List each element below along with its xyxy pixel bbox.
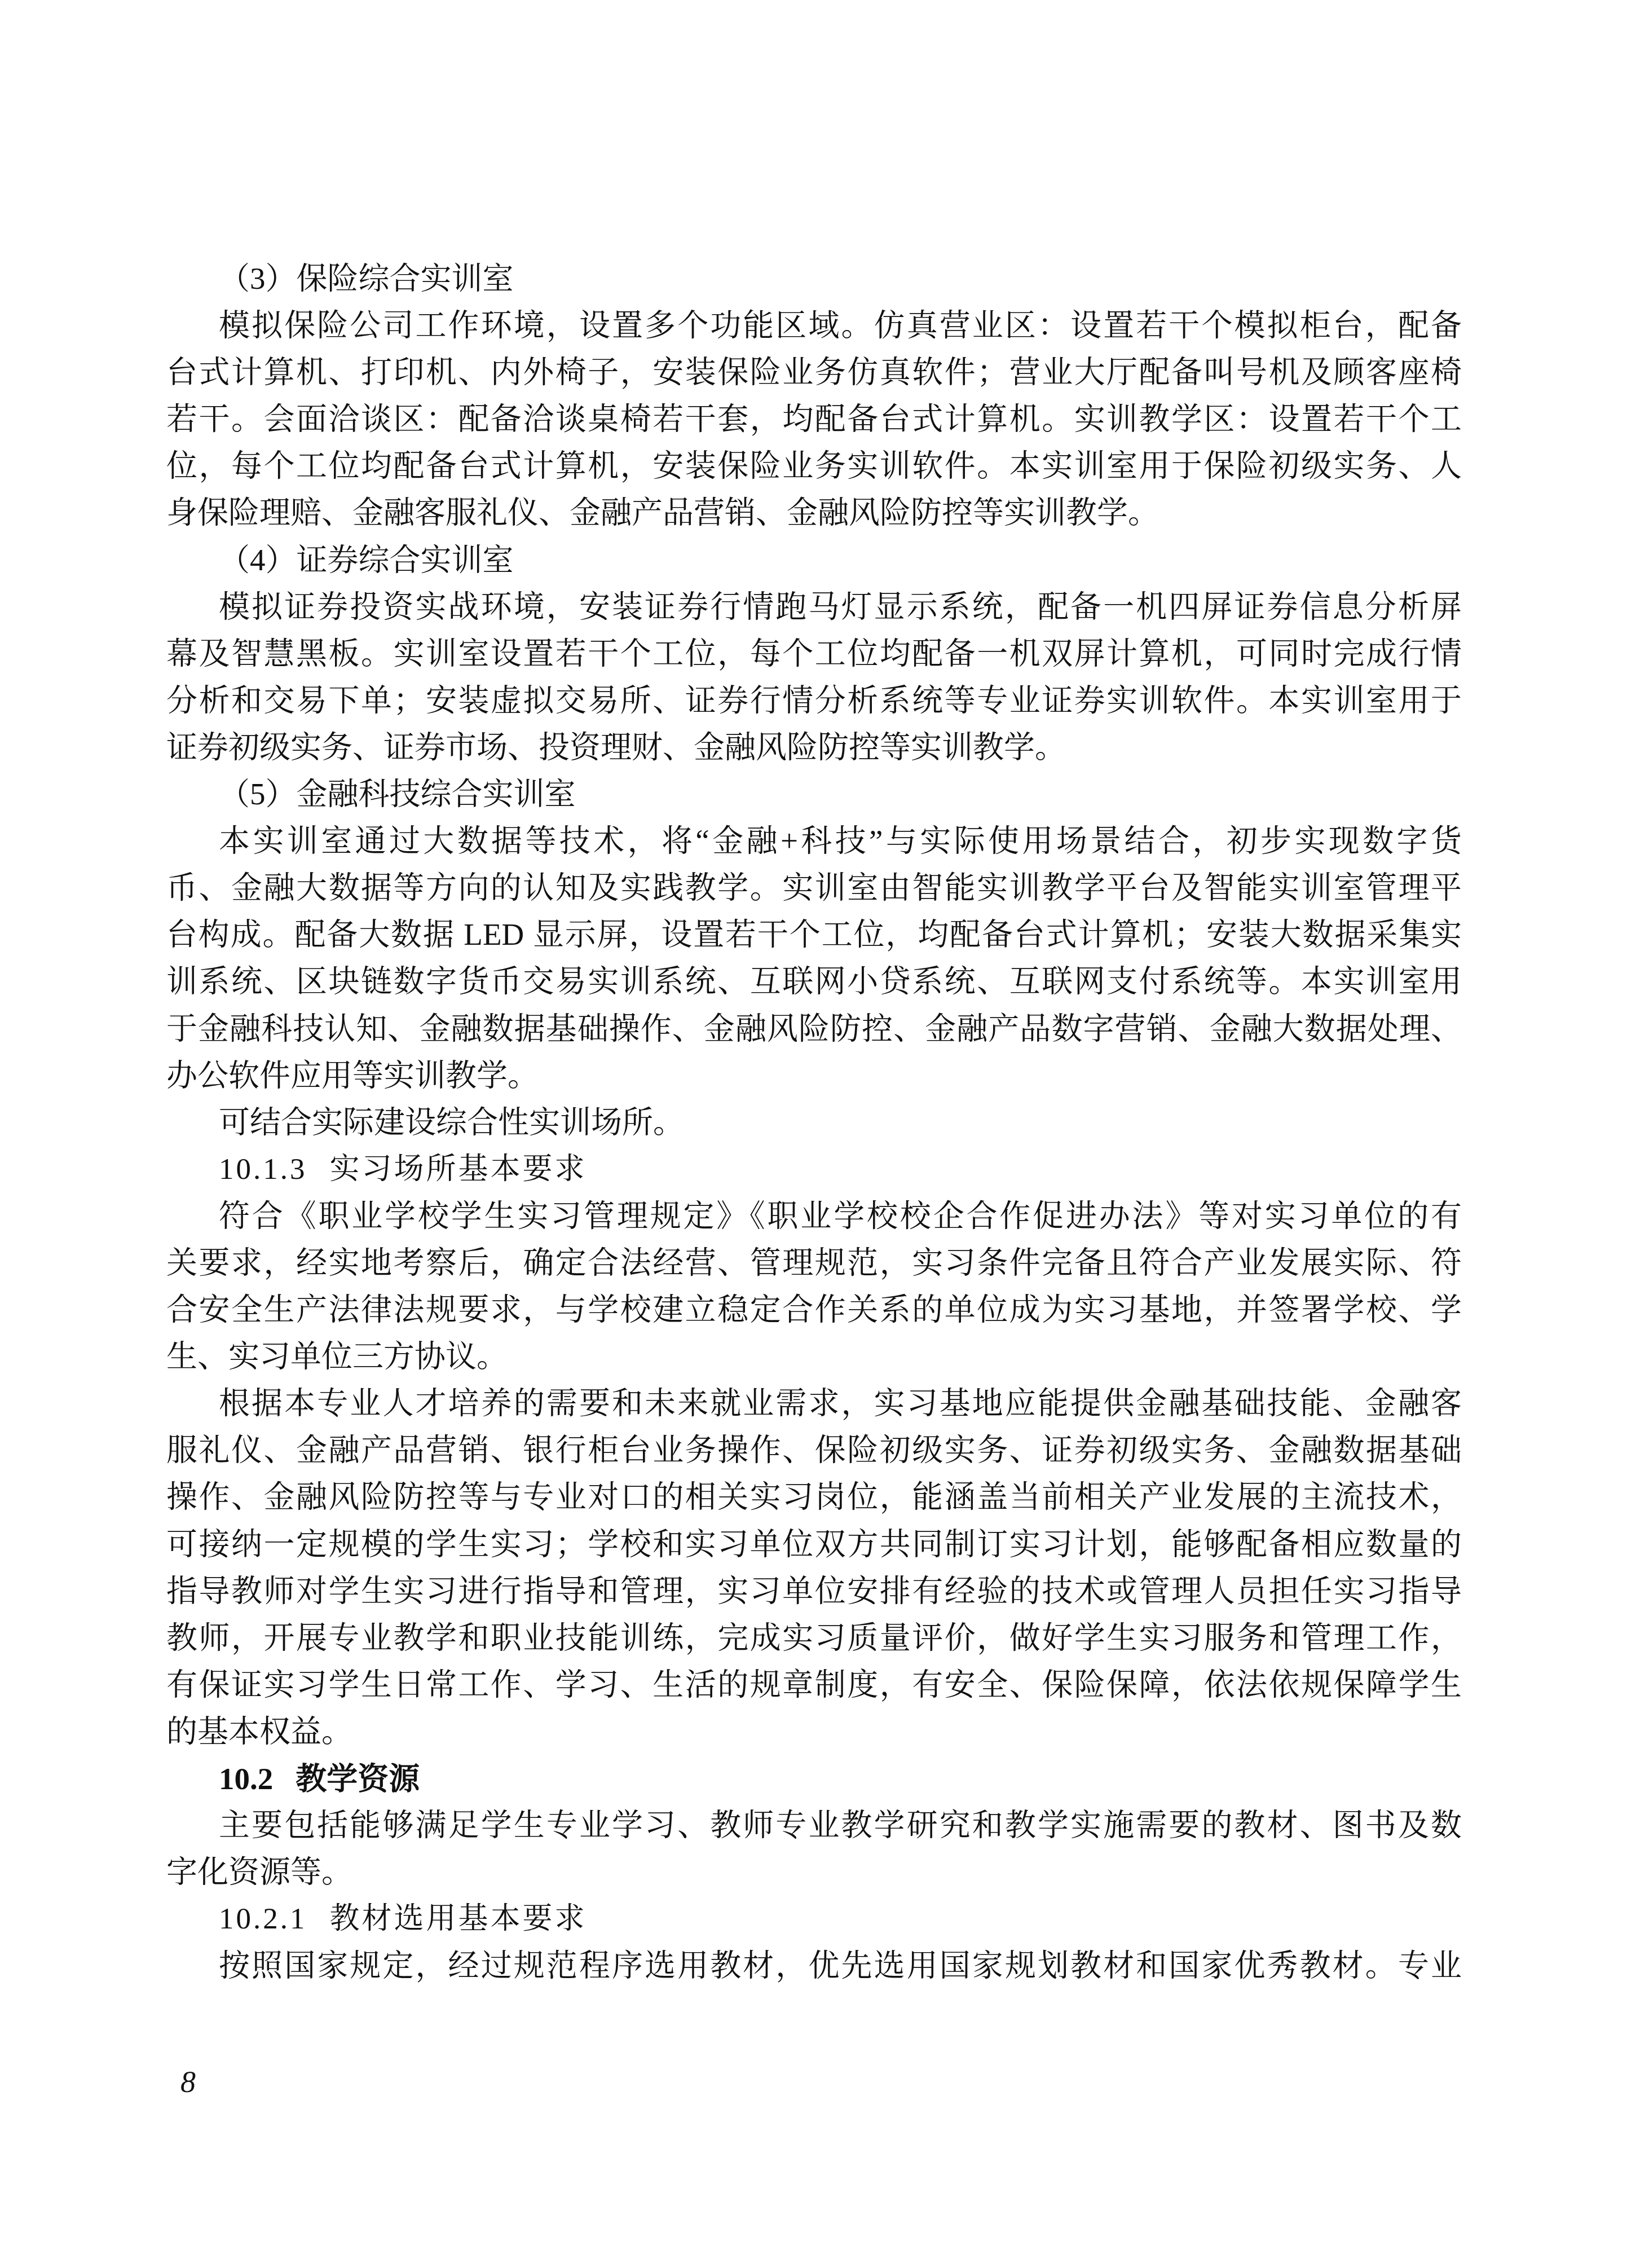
paragraph-line: 生、实习单位三方协议。 (166, 1336, 1462, 1383)
paragraph-line: 有保证实习学生日常工作、学习、生活的规章制度，有安全、保险保障，依法依规保障学生 (166, 1664, 1462, 1711)
section-heading-10-1-3: 10.1.3实习场所基本要求 (166, 1149, 1462, 1196)
paragraph-line: 模拟证券投资实战环境，安装证券行情跑马灯显示系统，配备一机四屏证券信息分析屏 (166, 587, 1462, 633)
paragraph-line: 操作、金融风险防控等与专业对口的相关实习岗位，能涵盖当前相关产业发展的主流技术， (166, 1477, 1462, 1523)
paragraph-line: 台式计算机、打印机、内外椅子，安装保险业务仿真软件；营业大厅配备叫号机及顾客座椅 (166, 352, 1462, 399)
document-page: （3）保险综合实训室 模拟保险公司工作环境，设置多个功能区域。仿真营业区：设置若… (166, 258, 1462, 1992)
page-number: 8 (180, 2064, 196, 2099)
section-number: 10.1.3 (219, 1153, 307, 1186)
paragraph-line: 可接纳一定规模的学生实习；学校和实习单位双方共同制订实习计划，能够配备相应数量的 (166, 1524, 1462, 1571)
paragraph-line: 关要求，经实地考察后，确定合法经营、管理规范，实习条件完备且符合产业发展实际、符 (166, 1243, 1462, 1289)
section-title: 教材选用基本要求 (330, 1903, 587, 1935)
paragraph-line: 符合《职业学校学生实习管理规定》《职业学校校企合作促进办法》等对实习单位的有 (166, 1196, 1462, 1243)
subheading-securities-lab: （4）证券综合实训室 (166, 540, 1462, 587)
paragraph-line: 证券初级实务、证券市场、投资理财、金融风险防控等实训教学。 (166, 727, 1462, 774)
paragraph-line: 训系统、区块链数字货币交易实训系统、互联网小贷系统、互联网支付系统等。本实训室用 (166, 961, 1462, 1008)
subheading-insurance-lab: （3）保险综合实训室 (166, 258, 1462, 305)
paragraph-line: 办公软件应用等实训教学。 (166, 1055, 1462, 1102)
section-heading-10-2-1: 10.2.1教材选用基本要求 (166, 1899, 1462, 1945)
paragraph-line: 按照国家规定，经过规范程序选用教材，优先选用国家规划教材和国家优秀教材。专业 (166, 1945, 1462, 1992)
section-number: 10.2 (219, 1761, 273, 1796)
paragraph-line: 合安全生产法律法规要求，与学校建立稳定合作关系的单位成为实习基地，并签署学校、学 (166, 1289, 1462, 1336)
paragraph-line: 可结合实际建设综合性实训场所。 (166, 1102, 1462, 1149)
paragraph-line: 的基本权益。 (166, 1711, 1462, 1758)
paragraph-line: 根据本专业人才培养的需要和未来就业需求，实习基地应能提供金融基础技能、金融客 (166, 1383, 1462, 1430)
paragraph-line: 主要包括能够满足学生专业学习、教师专业教学研究和教学实施需要的教材、图书及数 (166, 1805, 1462, 1852)
paragraph-line: 于金融科技认知、金融数据基础操作、金融风险防控、金融产品数字营销、金融大数据处理… (166, 1009, 1462, 1055)
paragraph-line: 幕及智慧黑板。实训室设置若干个工位，每个工位均配备一机双屏计算机，可同时完成行情 (166, 633, 1462, 680)
section-heading-10-2: 10.2教学资源 (166, 1758, 1462, 1805)
paragraph-line: 模拟保险公司工作环境，设置多个功能区域。仿真营业区：设置若干个模拟柜台，配备 (166, 305, 1462, 352)
paragraph-line: 字化资源等。 (166, 1852, 1462, 1899)
paragraph-line: 若干。会面洽谈区：配备洽谈桌椅若干套，均配备台式计算机。实训教学区：设置若干个工 (166, 399, 1462, 446)
paragraph-line: 本实训室通过大数据等技术，将“金融+科技”与实际使用场景结合，初步实现数字货 (166, 821, 1462, 867)
paragraph-line: 服礼仪、金融产品营销、银行柜台业务操作、保险初级实务、证券初级实务、金融数据基础 (166, 1430, 1462, 1477)
subheading-fintech-lab: （5）金融科技综合实训室 (166, 774, 1462, 821)
paragraph-line: 币、金融大数据等方向的认知及实践教学。实训室由智能实训教学平台及智能实训室管理平 (166, 867, 1462, 914)
paragraph-line: 身保险理赔、金融客服礼仪、金融产品营销、金融风险防控等实训教学。 (166, 492, 1462, 539)
section-title: 实习场所基本要求 (330, 1153, 587, 1186)
paragraph-line: 教师，开展专业教学和职业技能训练，完成实习质量评价，做好学生实习服务和管理工作， (166, 1618, 1462, 1664)
section-title: 教学资源 (296, 1760, 420, 1796)
paragraph-line: 指导教师对学生实习进行指导和管理，实习单位安排有经验的技术或管理人员担任实习指导 (166, 1571, 1462, 1618)
section-number: 10.2.1 (219, 1903, 307, 1935)
paragraph-line: 台构成。配备大数据 LED 显示屏，设置若干个工位，均配备台式计算机；安装大数据… (166, 914, 1462, 961)
paragraph-line: 位，每个工位均配备台式计算机，安装保险业务实训软件。本实训室用于保险初级实务、人 (166, 446, 1462, 492)
paragraph-line: 分析和交易下单；安装虚拟交易所、证券行情分析系统等专业证券实训软件。本实训室用于 (166, 680, 1462, 727)
